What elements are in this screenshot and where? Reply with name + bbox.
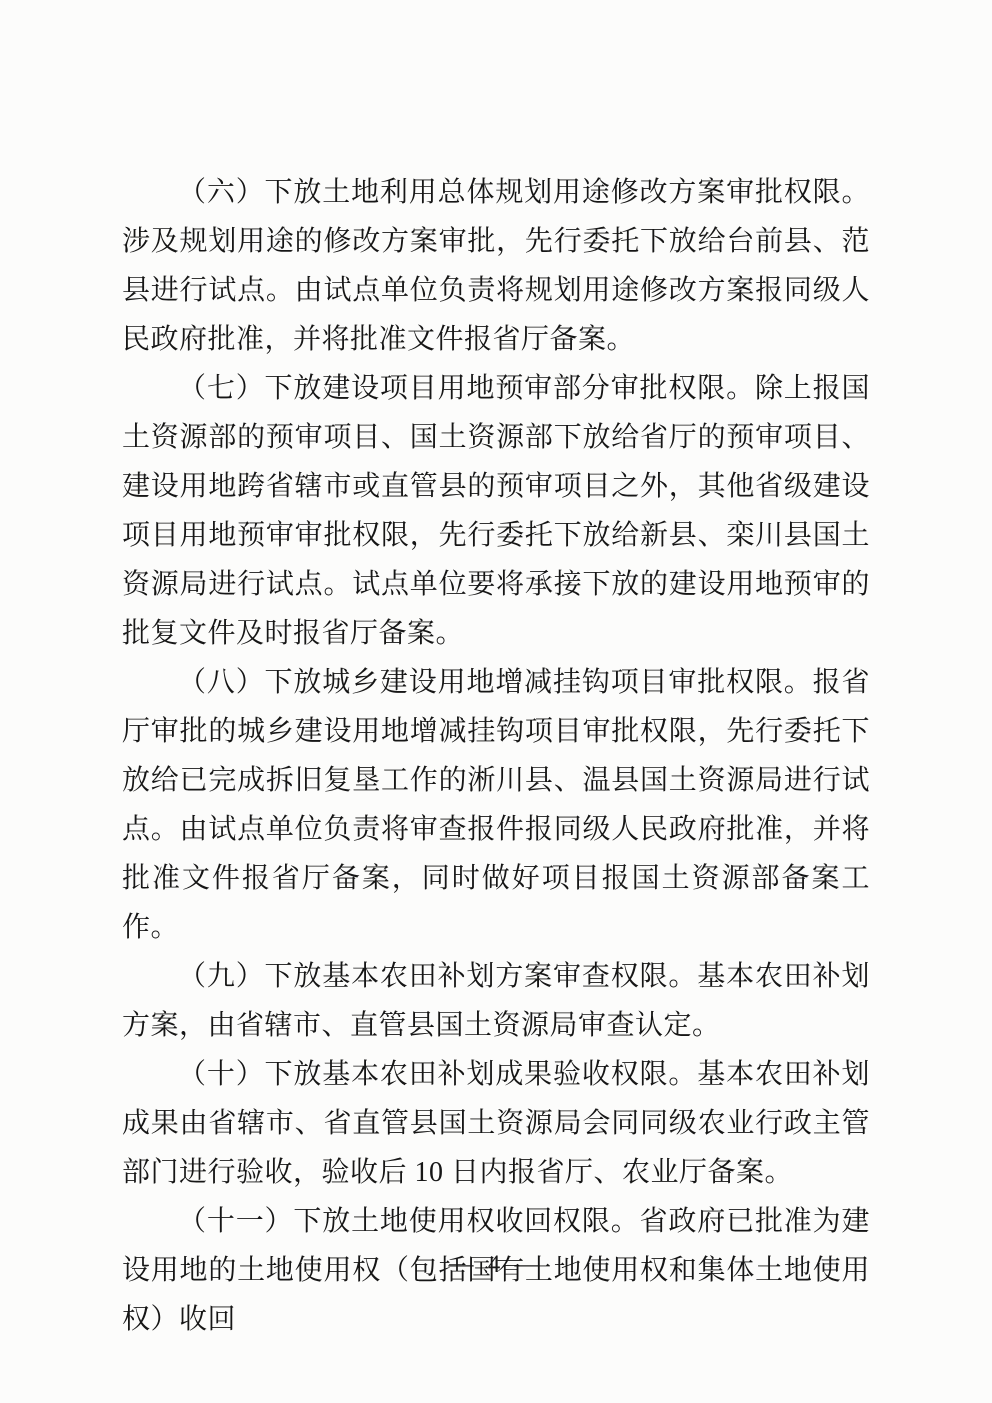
- paragraph-item-9: （九）下放基本农田补划方案审查权限。基本农田补划方案，由省辖市、直管县国土资源局…: [122, 952, 870, 1050]
- paragraph-item-10: （十）下放基本农田补划成果验收权限。基本农田补划成果由省辖市、省直管县国土资源局…: [122, 1050, 870, 1197]
- paragraph-item-7: （七）下放建设项目用地预审部分审批权限。除上报国土资源部的预审项目、国土资源部下…: [122, 364, 870, 658]
- paragraph-item-6: （六）下放土地利用总体规划用途修改方案审批权限。涉及规划用途的修改方案审批，先行…: [122, 168, 870, 364]
- paragraph-item-8: （八）下放城乡建设用地增减挂钩项目审批权限。报省厅审批的城乡建设用地增减挂钩项目…: [122, 658, 870, 952]
- document-body: （六）下放土地利用总体规划用途修改方案审批权限。涉及规划用途的修改方案审批，先行…: [122, 168, 870, 1344]
- page-number: — 4 —: [0, 1248, 992, 1282]
- document-page: （六）下放土地利用总体规划用途修改方案审批权限。涉及规划用途的修改方案审批，先行…: [0, 0, 992, 1403]
